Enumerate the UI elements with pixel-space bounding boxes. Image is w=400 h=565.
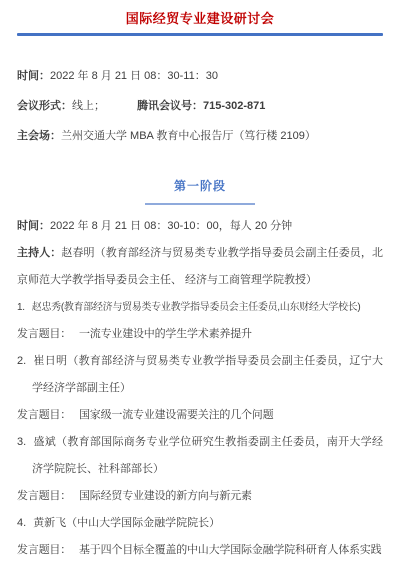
topic-1-text: 一流专业建设中的学生学术素养提升 — [79, 328, 252, 340]
stage-one-body: 时间：2022 年 8 月 21 日 08：30-10：00，每人 20 分钟 … — [17, 213, 383, 564]
speaker-4-name-affiliation: 黄新飞（中山大学国际金融学院院长） — [33, 517, 220, 529]
document-title: 国际经贸专业建设研讨会 — [17, 9, 383, 28]
topic-row-4: 发言题目：基于四个目标全覆盖的中山大学国际金融学院科研育人体系实践 — [17, 537, 383, 564]
topic-row-2: 发言题目：国家级一流专业建设需要关注的几个问题 — [17, 402, 383, 429]
topic-1-label: 发言题目： — [17, 328, 71, 340]
meeting-time-value: 2022 年 8 月 21 日 08：30-11：30 — [50, 70, 218, 82]
host-paragraph: 主持人：赵春明（教育部经济与贸易类专业教学指导委员会副主任委员，北京师范大学教学… — [17, 240, 383, 294]
stage-one-heading-text: 第一阶段 — [17, 173, 383, 199]
topic-row-3: 发言题目：国际经贸专业建设的新方向与新元素 — [17, 483, 383, 510]
meeting-time-label: 时间： — [17, 70, 50, 82]
stage-time-label: 时间： — [17, 220, 50, 232]
stage-one-heading: 第一阶段 — [17, 173, 383, 205]
topic-4-text: 基于四个目标全覆盖的中山大学国际金融学院科研育人体系实践 — [79, 544, 381, 556]
meeting-time-row: 时间：2022 年 8 月 21 日 08：30-11：30 — [17, 61, 383, 91]
speaker-item-2: 2.崔日明（教育部经济与贸易类专业教学指导委员会副主任委员，辽宁大学经济学部副主… — [17, 348, 383, 402]
venue-row: 主会场：兰州交通大学 MBA 教育中心报告厅（笃行楼 2109） — [17, 121, 383, 151]
speaker-3-name-affiliation: 盛斌（教育部国际商务专业学位研究生教指委副主任委员，南开大学经济学院院长、社科部… — [32, 436, 383, 475]
venue-value: 兰州交通大学 MBA 教育中心报告厅（笃行楼 2109） — [61, 130, 316, 142]
speaker-item-1: 1.赵忠秀(教育部经济与贸易类专业教学指导委员会主任委员,山东财经大学校长) — [17, 294, 383, 321]
topic-2-text: 国家级一流专业建设需要关注的几个问题 — [79, 409, 273, 421]
meeting-format-label: 会议形式： — [17, 100, 72, 112]
topic-4-label: 发言题目： — [17, 544, 71, 556]
speaker-3-number: 3. — [17, 436, 33, 448]
speaker-2-name-affiliation: 崔日明（教育部经济与贸易类专业教学指导委员会副主任委员，辽宁大学经济学部副主任） — [32, 355, 383, 394]
tencent-meeting-id-value: 715-302-871 — [203, 100, 265, 112]
stage-time-row: 时间：2022 年 8 月 21 日 08：30-10：00，每人 20 分钟 — [17, 213, 383, 240]
speaker-1-name-affiliation: 赵忠秀(教育部经济与贸易类专业教学指导委员会主任委员,山东财经大学校长) — [32, 302, 361, 313]
host-label: 主持人： — [17, 247, 61, 259]
speaker-item-4: 4.黄新飞（中山大学国际金融学院院长） — [17, 510, 383, 537]
meta-section: 时间：2022 年 8 月 21 日 08：30-11：30 会议形式：线上；腾… — [17, 61, 383, 151]
stage-time-value: 2022 年 8 月 21 日 08：30-10：00，每人 20 分钟 — [50, 220, 292, 232]
host-value: 赵春明（教育部经济与贸易类专业教学指导委员会副主任委员，北京师范大学教学指导委员… — [17, 247, 383, 286]
meeting-format-value: 线上； — [72, 100, 105, 112]
meeting-format-row: 会议形式：线上；腾讯会议号：715-302-871 — [17, 91, 383, 121]
speaker-item-3: 3.盛斌（教育部国际商务专业学位研究生教指委副主任委员，南开大学经济学院院长、社… — [17, 429, 383, 483]
speaker-4-number: 4. — [17, 517, 33, 529]
stage-heading-underline — [145, 203, 255, 205]
topic-3-label: 发言题目： — [17, 490, 71, 502]
topic-row-1: 发言题目：一流专业建设中的学生学术素养提升 — [17, 321, 383, 348]
topic-2-label: 发言题目： — [17, 409, 71, 421]
tencent-meeting-id-label: 腾讯会议号： — [137, 100, 203, 112]
speaker-2-number: 2. — [17, 355, 33, 367]
topic-3-text: 国际经贸专业建设的新方向与新元素 — [79, 490, 252, 502]
speaker-1-number: 1. — [17, 302, 32, 313]
venue-label: 主会场： — [17, 130, 61, 142]
document-page: 国际经贸专业建设研讨会 时间：2022 年 8 月 21 日 08：30-11：… — [0, 9, 400, 564]
title-divider — [17, 33, 383, 36]
